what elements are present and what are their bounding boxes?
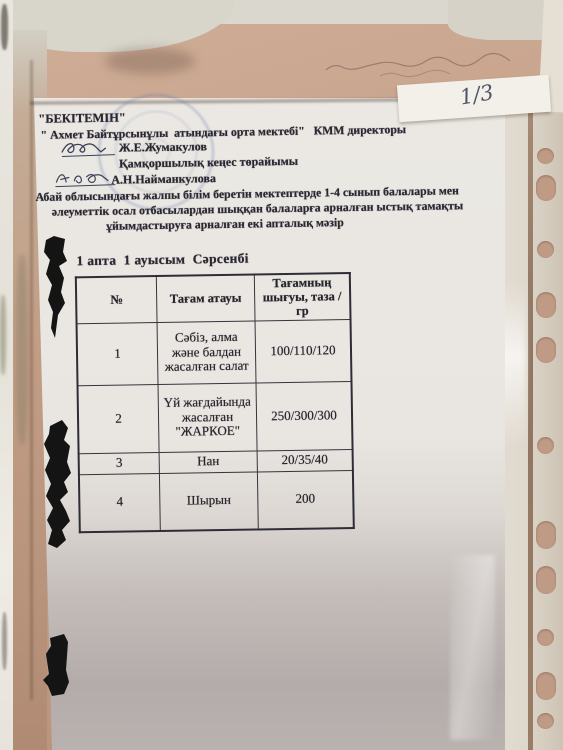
dish-name: Шырын — [159, 471, 258, 531]
dish-name: Үй жағдайында жасалған "ЖАРКОЕ" — [158, 382, 257, 452]
document-photo: 1/3 "БЕКІТЕМІН" " Ахмет Байтұрсынұлы аты… — [0, 0, 563, 750]
wall-green-streak — [16, 255, 28, 445]
column-number: № — [76, 276, 157, 323]
menu-table: № Тағам атауы Тағамның шығуы, таза / гр … — [75, 272, 355, 533]
chair-name: А.Н.Найманкулова — [111, 171, 216, 188]
table-row: 1 Сәбіз, алма және балдан жасалған салат… — [77, 319, 352, 385]
binder-hole — [536, 175, 556, 201]
menu-heading: 1 апта 1 ауысым Сәрсенбі — [76, 251, 248, 270]
row-number: 1 — [77, 322, 158, 385]
edge-mark — [2, 612, 7, 670]
binder-hole — [537, 713, 554, 729]
binder-hole — [536, 521, 556, 549]
binder-hole — [536, 566, 556, 594]
signature-chair — [53, 169, 119, 190]
marker-blob — [44, 420, 71, 548]
row-number: 4 — [79, 473, 160, 532]
dish-amount: 100/110/120 — [255, 319, 351, 382]
binder-hole — [537, 148, 554, 164]
dish-amount: 20/35/40 — [257, 449, 353, 471]
binder-hole — [537, 629, 554, 646]
binder-hole — [537, 437, 554, 454]
marker-blob — [44, 236, 67, 338]
marker-blob — [43, 634, 69, 696]
column-output-grams: Тағамның шығуы, таза / гр — [254, 273, 350, 320]
table-row: 2 Үй жағдайында жасалған "ЖАРКОЕ" 250/30… — [78, 381, 353, 453]
wall-smudge — [105, 48, 195, 74]
document-content: "БЕКІТЕМІН" " Ахмет Байтұрсынұлы атындағ… — [30, 90, 520, 749]
edge-mark — [1, 4, 8, 50]
dish-amount: 250/300/300 — [256, 381, 353, 450]
binder-hole — [536, 672, 556, 700]
row-number: 3 — [79, 452, 160, 474]
dish-name: Сәбіз, алма және балдан жасалған салат — [157, 320, 256, 384]
director-name: Ж.Е.Жумакулов — [119, 139, 207, 155]
signature-director — [59, 139, 121, 160]
edge-mark — [0, 295, 6, 375]
binder-hole — [536, 337, 556, 363]
row-number: 2 — [78, 384, 160, 453]
binder-hole — [537, 241, 554, 258]
binder-hole — [536, 292, 556, 318]
binder-holes-strip — [533, 88, 563, 750]
dish-amount: 200 — [257, 470, 353, 529]
column-dish-name: Тағам атауы — [156, 274, 255, 322]
approve-label: "БЕКІТЕМІН" — [38, 110, 126, 126]
marker-redactions — [40, 230, 80, 700]
table-header-row: № Тағам атауы Тағамның шығуы, таза / гр — [76, 273, 351, 323]
page-number: 1/3 — [458, 80, 495, 110]
dish-name: Нан — [159, 450, 257, 473]
council-role: Қамқоршылық кеңес төрайымы — [119, 154, 298, 172]
table-row: 4 Шырын 200 — [79, 470, 354, 532]
